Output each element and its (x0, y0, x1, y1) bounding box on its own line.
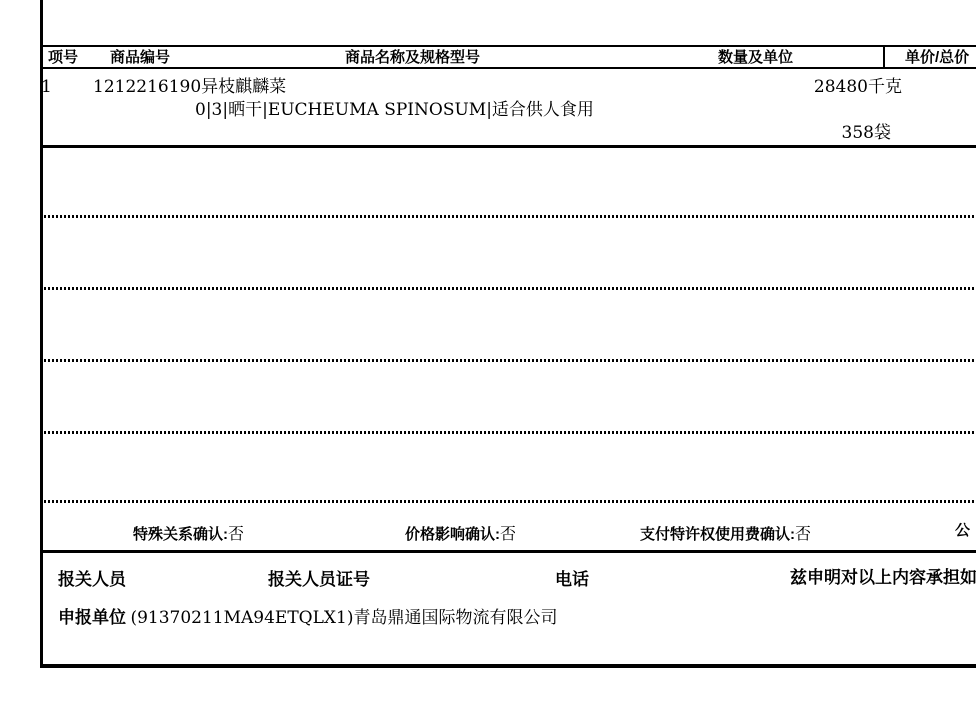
royalty-payment-value: 否 (795, 524, 811, 543)
declaring-unit-row: 申报单位 (91370211MA94ETQLX1)青岛鼎通国际物流有限公司 (58, 607, 557, 629)
commodity-code-value: 1212216190 (93, 77, 201, 97)
price-influence-label: 价格影响确认: (405, 526, 500, 543)
column-header-item-no: 项号 (48, 48, 78, 67)
item-no-value: 1 (41, 77, 52, 98)
special-relationship-value: 否 (228, 524, 244, 543)
customs-declaration-page: 项号 商品编号 商品名称及规格型号 数量及单位 单价/总价 1 12122161… (0, 0, 976, 718)
quantity-primary-value: 28480千克 (700, 77, 902, 98)
declarant-cert-label: 报关人员证号 (268, 569, 370, 590)
special-relationship-label: 特殊关系确认: (133, 526, 228, 543)
price-influence-confirmation: 价格影响确认:否 (405, 521, 516, 545)
royalty-payment-label: 支付特许权使用费确认: (640, 526, 795, 543)
formula-pricing-partial-label: 公 (955, 521, 970, 541)
left-border-line (40, 0, 43, 667)
quantity-secondary-value: 358袋 (700, 123, 891, 144)
price-influence-value: 否 (500, 524, 516, 543)
header-bottom-line (40, 67, 976, 69)
row-divider-dotted-1 (40, 215, 976, 218)
item-row-bottom-line (40, 145, 976, 148)
spec-model-value: 0|3|晒干|EUCHEUMA SPINOSUM|适合供人食用 (195, 100, 594, 121)
row-divider-dotted-4 (40, 431, 976, 434)
commodity-name-value: 异枝麒麟菜 (201, 77, 286, 97)
item-code-and-name: 1212216190异枝麒麟菜 (93, 77, 286, 98)
phone-label: 电话 (555, 569, 589, 590)
declarant-label: 报关人员 (58, 569, 126, 590)
row-divider-dotted-5 (40, 500, 976, 503)
column-header-quantity-unit: 数量及单位 (718, 48, 793, 67)
column-header-commodity-code: 商品编号 (110, 48, 170, 67)
price-column-separator-line (883, 45, 885, 69)
declaration-statement: 兹申明对以上内容承担如 (790, 567, 976, 588)
special-relationship-confirmation: 特殊关系确认:否 (133, 521, 244, 545)
row-divider-dotted-2 (40, 287, 976, 290)
column-header-unit-total-price: 单价/总价 (905, 48, 969, 67)
column-header-name-spec: 商品名称及规格型号 (345, 48, 480, 67)
declaring-unit-label: 申报单位 (58, 608, 126, 627)
row-divider-dotted-3 (40, 359, 976, 362)
declaring-unit-value: (91370211MA94ETQLX1)青岛鼎通国际物流有限公司 (130, 608, 557, 628)
page-bottom-line (40, 664, 976, 668)
confirmation-bottom-line (40, 550, 976, 553)
header-top-line (40, 45, 976, 47)
royalty-payment-confirmation: 支付特许权使用费确认:否 (640, 521, 811, 545)
